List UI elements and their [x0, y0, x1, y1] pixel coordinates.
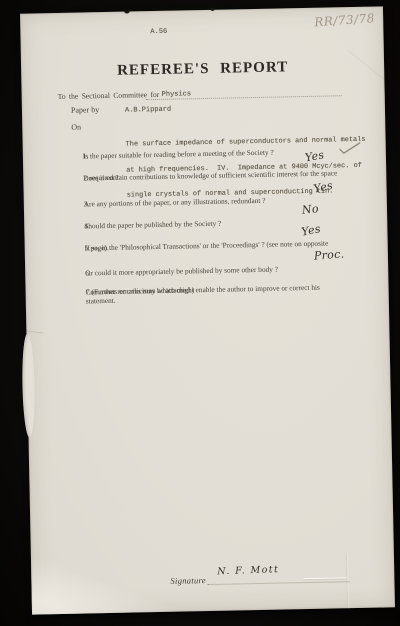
signature-label: Signature	[170, 575, 206, 586]
paper-by-label: Paper by	[71, 105, 99, 115]
subject-line: The surface impedance of superconductors…	[126, 136, 366, 149]
question-text: If so, in the 'Philosophical Transaction…	[85, 240, 329, 254]
answer-question-3: No	[301, 202, 319, 217]
page-title: REFEREE'S REPORT	[21, 57, 384, 81]
top-edge-nick	[210, 8, 215, 11]
archive-reference-pencil: RR/73/78	[314, 11, 376, 29]
question-text: page).	[91, 244, 109, 253]
answer-question-4: Yes	[300, 222, 322, 239]
bottom-left-flap-highlight	[31, 557, 172, 615]
question-text: Should the paper be published by the Soc…	[84, 220, 221, 232]
top-edge-nick	[124, 10, 130, 13]
horizontal-crease	[303, 577, 347, 579]
paper-author: A.B.Pippard	[125, 106, 171, 115]
photo-background: A.56 RR/73/78 REFEREE'S REPORT To the Se…	[0, 0, 400, 626]
form-code: A.56	[150, 28, 167, 36]
committee-label: To the Sectional Committee for	[58, 90, 160, 101]
subject-label: On	[71, 123, 81, 132]
tick-mark-icon	[338, 141, 362, 157]
question-text: required ?	[89, 174, 119, 183]
referee-report-page: A.56 RR/73/78 REFEREE'S REPORT To the Se…	[20, 6, 395, 614]
torn-left-edge	[21, 333, 35, 437]
question-text: Or could it more appropriately be publis…	[85, 266, 278, 279]
signature-dotted-line	[207, 581, 349, 585]
signature-handwriting: N. F. Mott	[217, 564, 279, 577]
answer-question-5: Proc.	[313, 247, 344, 262]
